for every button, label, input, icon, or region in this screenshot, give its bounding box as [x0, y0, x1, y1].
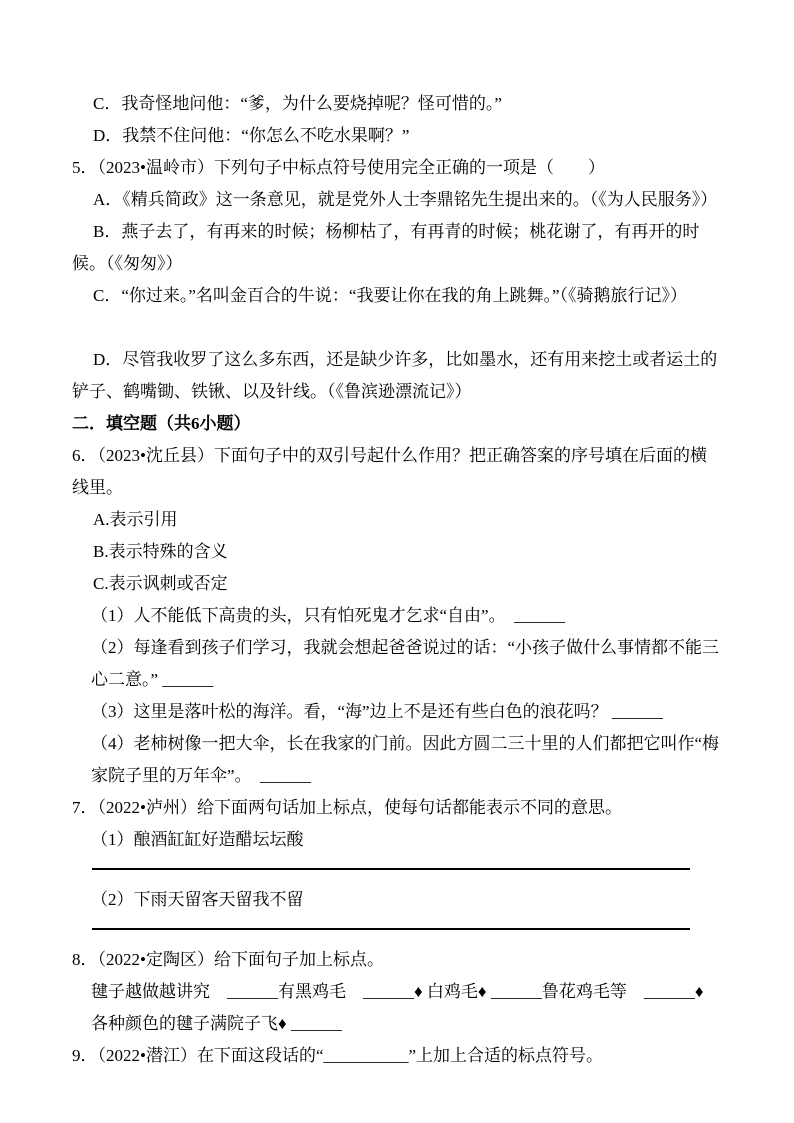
q5-option-c: C．“你过来。”名叫金百合的牛说：“我要让你在我的角上跳舞。”（《骑鹅旅行记》） — [72, 280, 722, 312]
q7-item-2: （2）下雨天留客天留我不留 — [91, 884, 722, 916]
q6-choice-c: C.表示讽刺或否定 — [72, 568, 722, 600]
q5-option-b: B．燕子去了，有再来的时候；杨柳枯了，有再青的时候；桃花谢了，有再开的时候。（《… — [72, 216, 722, 280]
q6-choice-b: B.表示特殊的含义 — [72, 536, 722, 568]
q6-stem: 6．（2023•沈丘县）下面句子中的双引号起什么作用？把正确答案的序号填在后面的… — [72, 440, 722, 504]
q8-body: 毽子越做越讲究 ______有黑鸡毛 ______♦ 白鸡毛♦ ______鲁花… — [91, 976, 722, 1040]
q6-item-1: （1）人不能低下高贵的头，只有怕死鬼才乞求“自由”。 ______ — [91, 600, 722, 632]
q9-stem: 9．（2022•潜江）在下面这段话的“__________”上加上合适的标点符号… — [72, 1040, 722, 1072]
page-content: C．我奇怪地问他：“爹，为什么要烧掉呢？怪可惜的。” D．我禁不住问他：“你怎么… — [0, 0, 794, 1072]
q6-item-2: （2）每逢看到孩子们学习，我就会想起爸爸说过的话：“小孩子做什么事情都不能三心二… — [91, 632, 722, 696]
q7-answer-line-1 — [92, 856, 690, 870]
q6-choice-a: A.表示引用 — [72, 504, 722, 536]
q7-item-1: （1）酿酒缸缸好造醋坛坛酸 — [91, 824, 722, 856]
document-page: C．我奇怪地问他：“爹，为什么要烧掉呢？怪可惜的。” D．我禁不住问他：“你怎么… — [0, 0, 794, 1123]
q6-item-4: （4）老柿树像一把大伞，长在我家的门前。因此方圆二三十里的人们都把它叫作“梅家院… — [91, 728, 722, 792]
q7-answer-line-2 — [92, 916, 690, 930]
q5-stem: 5．（2023•温岭市）下列句子中标点符号使用完全正确的一项是（ ） — [72, 152, 722, 184]
q7-stem: 7．（2022•泸州）给下面两句话加上标点，使每句话都能表示不同的意思。 — [72, 792, 722, 824]
q4-option-d: D．我禁不住问他：“你怎么不吃水果啊？” — [72, 120, 722, 152]
q8-stem: 8．（2022•定陶区）给下面句子加上标点。 — [72, 944, 722, 976]
q5-option-d: D．尽管我收罗了这么多东西，还是缺少许多，比如墨水，还有用来挖土或者运土的铲子、… — [72, 344, 722, 408]
q5-option-a: A．《精兵简政》这一条意见，就是党外人士李鼎铭先生提出来的。（《为人民服务》） — [72, 184, 722, 216]
q6-item-3: （3）这里是落叶松的海洋。看，“海”边上不是还有些白色的浪花吗？ ______ — [91, 696, 722, 728]
q4-option-c: C．我奇怪地问他：“爹，为什么要烧掉呢？怪可惜的。” — [72, 88, 722, 120]
section-2-title: 二．填空题（共6小题） — [72, 408, 722, 440]
blank-line — [72, 312, 722, 344]
